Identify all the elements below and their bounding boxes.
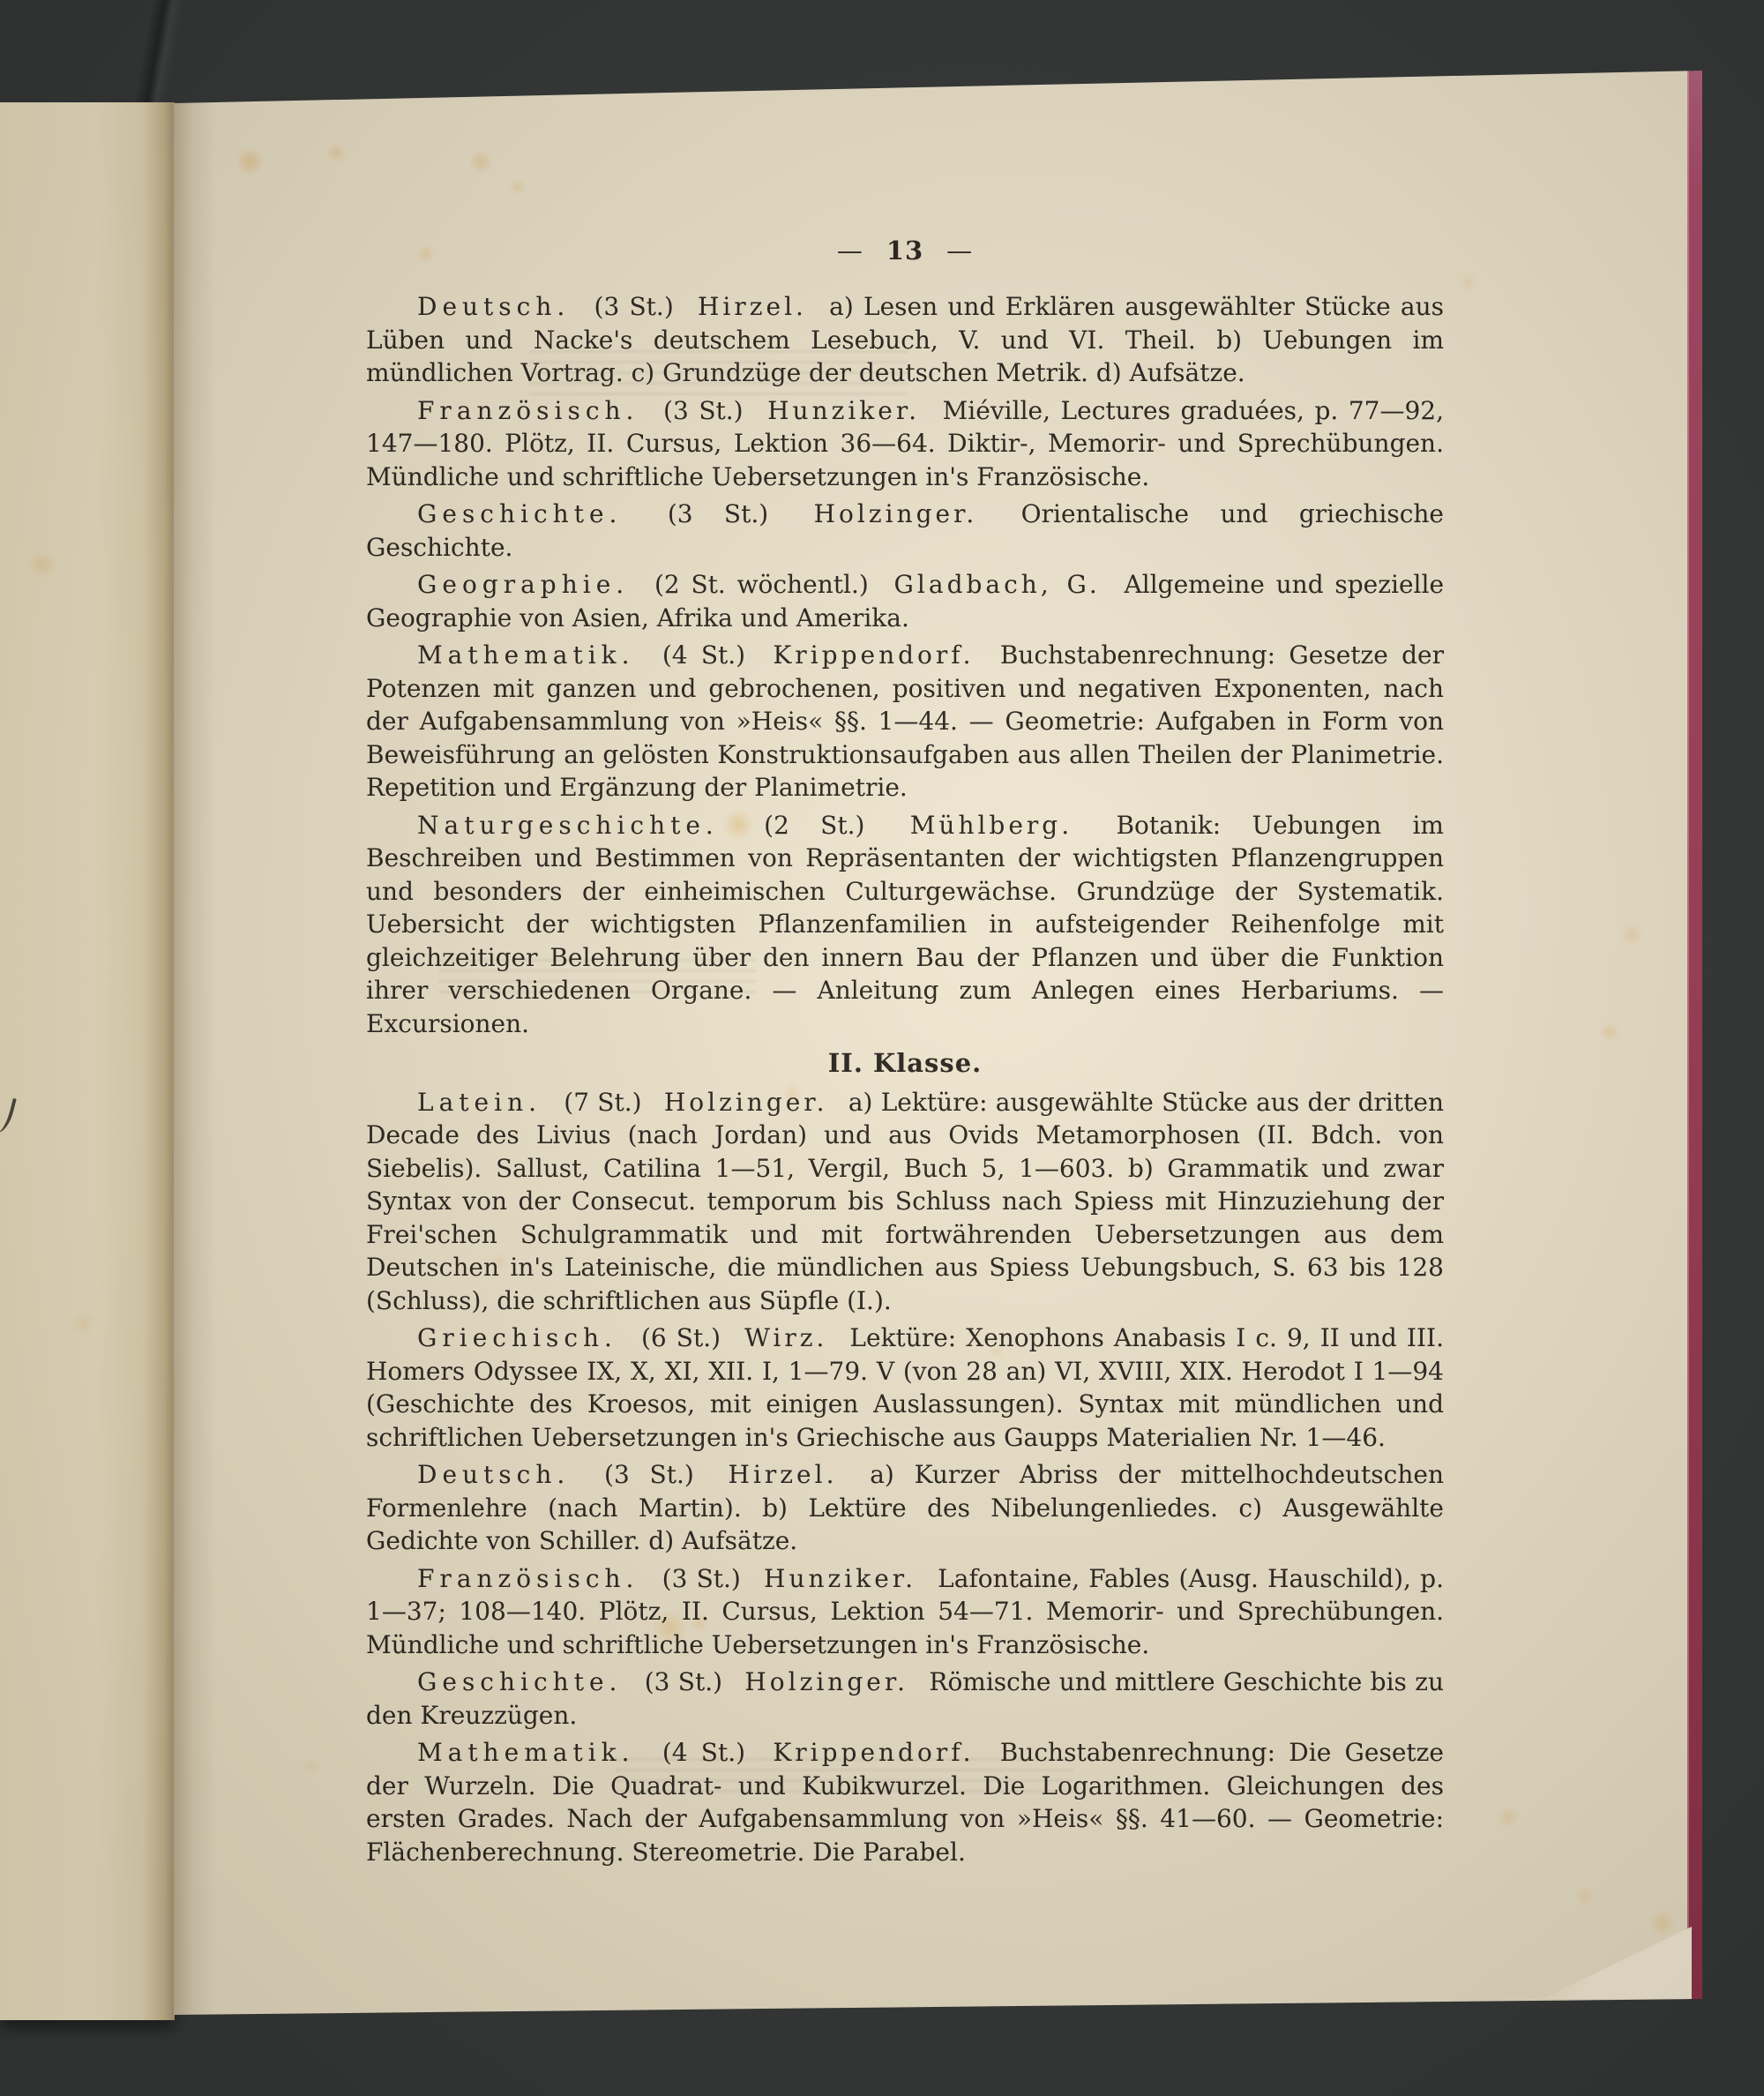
subject-label: Geschichte. <box>417 499 622 528</box>
header-right-dash: — <box>946 236 973 266</box>
subject-label: Französisch. <box>417 1564 639 1593</box>
header-left-dash: — <box>837 236 863 266</box>
teacher-label: Mühlberg. <box>910 811 1073 840</box>
hours-label: (3 St.) <box>662 1564 741 1593</box>
subject-label: Deutsch. <box>417 292 570 321</box>
section-heading: II. Klasse. <box>366 1047 1444 1081</box>
subject-label: Französisch. <box>417 396 639 425</box>
course-paragraph: Geographie. (2 St. wöchentl.) Gladbach, … <box>366 568 1444 634</box>
hours-label: (3 St.) <box>604 1460 694 1489</box>
teacher-label: Hirzel. <box>729 1460 838 1489</box>
course-paragraph: Geschichte. (3 St.) Holzinger. Orientali… <box>366 498 1444 564</box>
book-page: —13— Deutsch. (3 St.) Hirzel. a) Lesen u… <box>174 71 1702 2015</box>
subject-label: Deutsch. <box>417 1460 570 1489</box>
course-paragraph: Deutsch. (3 St.) Hirzel. a) Lesen und Er… <box>366 290 1444 390</box>
course-paragraph: Mathematik. (4 St.) Krippendorf. Buchsta… <box>366 639 1444 805</box>
subject-label: Geschichte. <box>417 1667 622 1696</box>
teacher-label: Hunziker. <box>767 396 920 425</box>
course-paragraph: Griechisch. (6 St.) Wirz. Lektüre: Xenop… <box>366 1321 1444 1454</box>
subject-label: Mathematik. <box>417 640 635 670</box>
course-description: Botanik: Uebungen im Beschreiben und Bes… <box>366 811 1444 1038</box>
hours-label: (2 St. wöchentl.) <box>654 570 869 599</box>
cover-edge <box>1687 71 1689 2015</box>
teacher-label: Hunziker. <box>764 1564 916 1593</box>
teacher-label: Gladbach, G. <box>894 570 1101 599</box>
hours-label: (2 St.) <box>764 811 864 840</box>
hours-label: (7 St.) <box>564 1088 641 1117</box>
teacher-label: Holzinger. <box>664 1088 828 1117</box>
hours-label: (4 St.) <box>662 640 745 670</box>
text-column: —13— Deutsch. (3 St.) Hirzel. a) Lesen u… <box>366 235 1444 1868</box>
teacher-label: Hirzel. <box>698 292 807 321</box>
course-list: Deutsch. (3 St.) Hirzel. a) Lesen und Er… <box>366 290 1444 1868</box>
course-paragraph: Naturgeschichte. (2 St.) Mühlberg. Botan… <box>366 809 1444 1041</box>
teacher-label: Krippendorf. <box>773 1738 974 1767</box>
subject-label: Griechisch. <box>417 1323 617 1352</box>
stray-ink-mark <box>0 1095 17 1134</box>
course-paragraph: Geschichte. (3 St.) Holzinger. Römische … <box>366 1666 1444 1732</box>
page-number: 13 <box>886 236 923 266</box>
hours-label: (3 St.) <box>663 396 744 425</box>
hours-label: (3 St.) <box>594 292 674 321</box>
course-description: a) Lektüre: ausgewählte Stücke aus der d… <box>366 1088 1444 1315</box>
hours-label: (6 St.) <box>641 1323 721 1352</box>
hours-label: (4 St.) <box>662 1738 745 1767</box>
subject-label: Mathematik. <box>417 1738 635 1767</box>
teacher-label: Wirz. <box>744 1323 827 1352</box>
facing-page-edge <box>0 102 175 2020</box>
course-paragraph: Französisch. (3 St.) Hunziker. Lafontain… <box>366 1562 1444 1662</box>
hours-label: (3 St.) <box>645 1667 722 1696</box>
teacher-label: Holzinger. <box>814 499 978 528</box>
subject-label: Geographie. <box>417 570 629 599</box>
subject-label: Latein. <box>417 1088 542 1117</box>
page-header: —13— <box>366 235 1444 268</box>
teacher-label: Krippendorf. <box>773 640 974 670</box>
hours-label: (3 St.) <box>668 499 768 528</box>
scanned-book-photo: —13— Deutsch. (3 St.) Hirzel. a) Lesen u… <box>0 0 1764 2096</box>
course-paragraph: Französisch. (3 St.) Hunziker. Miéville,… <box>366 394 1444 494</box>
spine-crease <box>131 0 183 108</box>
teacher-label: Holzinger. <box>744 1667 908 1696</box>
paper: —13— Deutsch. (3 St.) Hirzel. a) Lesen u… <box>174 71 1687 2015</box>
folded-corner <box>1542 1927 1692 1999</box>
course-paragraph: Deutsch. (3 St.) Hirzel. a) Kurzer Abris… <box>366 1458 1444 1558</box>
course-paragraph: Mathematik. (4 St.) Krippendorf. Buchsta… <box>366 1736 1444 1868</box>
subject-label: Naturgeschichte. <box>417 811 719 840</box>
course-paragraph: Latein. (7 St.) Holzinger. a) Lektüre: a… <box>366 1086 1444 1318</box>
